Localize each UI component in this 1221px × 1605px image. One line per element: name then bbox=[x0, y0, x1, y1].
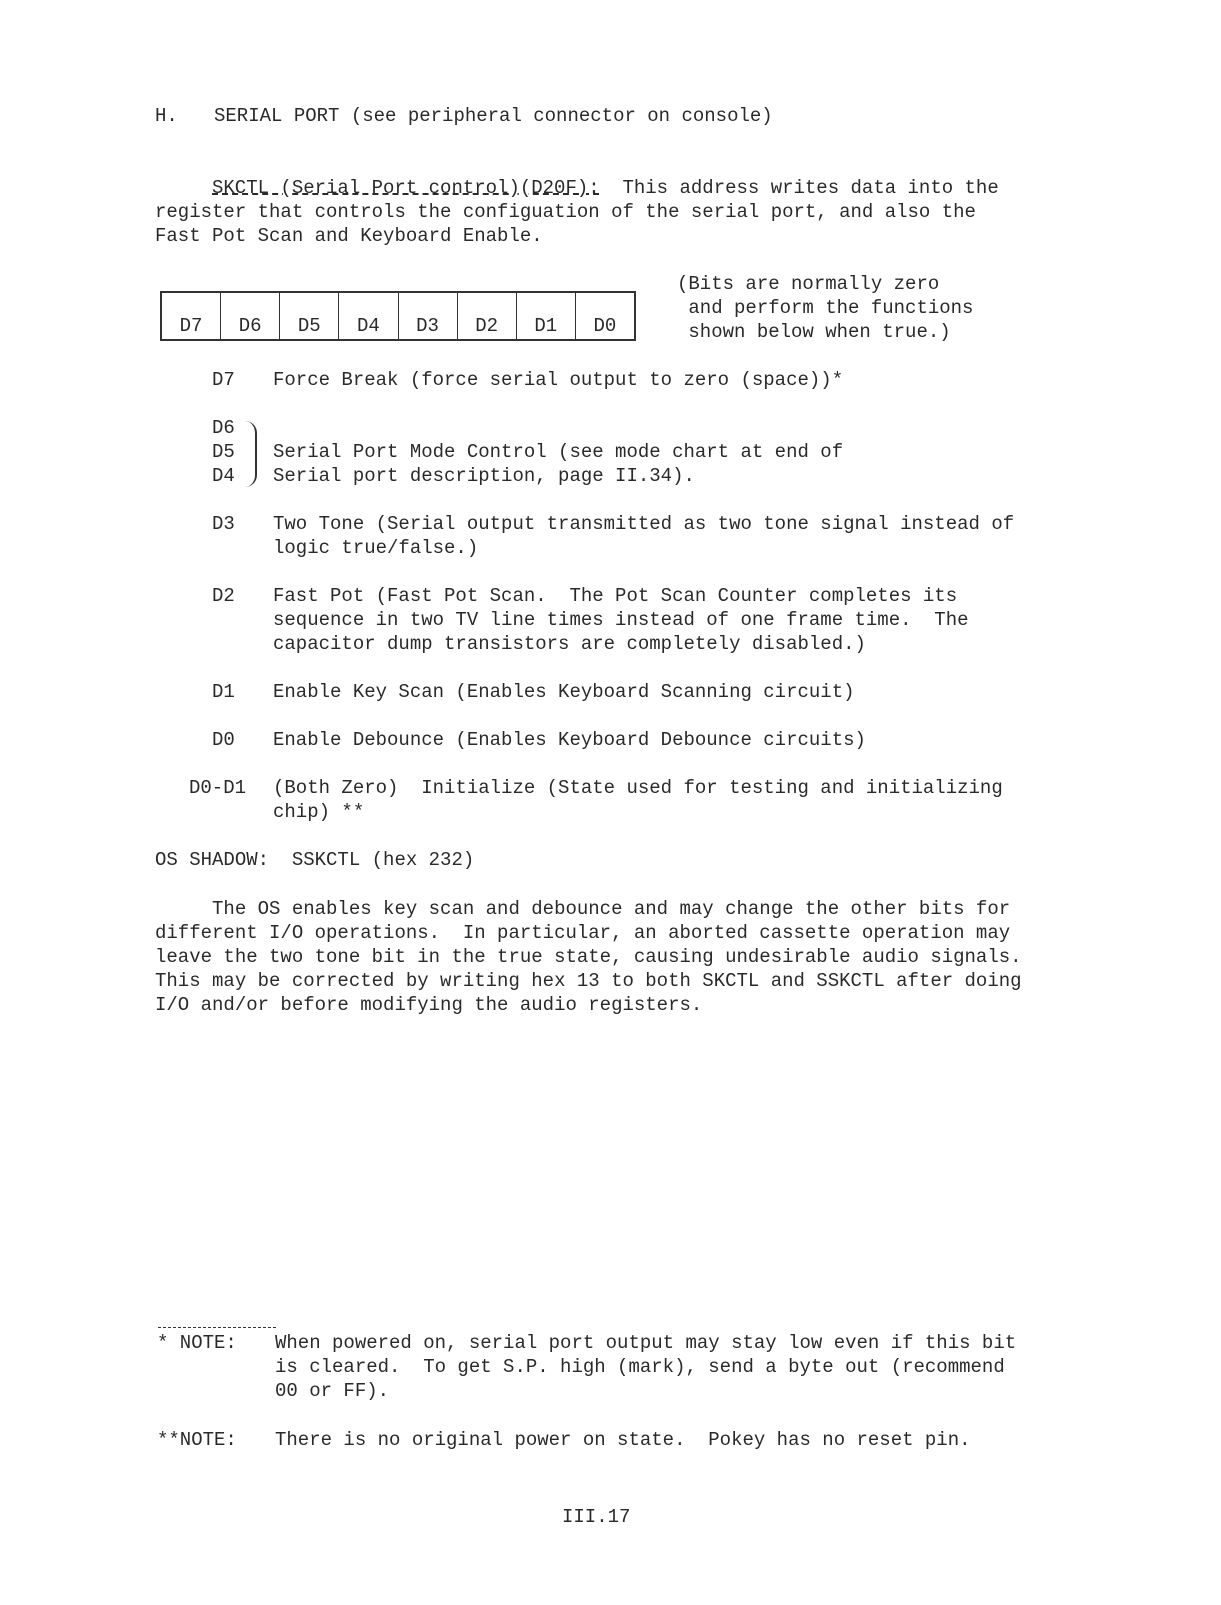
bit-cell: D7 bbox=[162, 293, 220, 339]
register-note: (Bits are normally zero bbox=[677, 272, 939, 296]
intro-line-2: register that controls the configuation … bbox=[155, 200, 976, 224]
bit-cell: D0 bbox=[575, 293, 634, 339]
bit-label: D1 bbox=[212, 680, 235, 704]
bit-label: D3 bbox=[212, 512, 235, 536]
intro-text: This address writes data into the bbox=[600, 177, 999, 199]
bit-desc: logic true/false.) bbox=[273, 536, 478, 560]
paragraph-line: different I/O operations. In particular,… bbox=[155, 921, 1010, 945]
bit-desc: Enable Debounce (Enables Keyboard Deboun… bbox=[273, 728, 866, 752]
bit-label: D6 bbox=[212, 416, 235, 440]
bit-desc: Enable Key Scan (Enables Keyboard Scanni… bbox=[273, 680, 855, 704]
bit-desc: Force Break (force serial output to zero… bbox=[273, 368, 843, 392]
bit-cell: D3 bbox=[398, 293, 457, 339]
paragraph-line: I/O and/or before modifying the audio re… bbox=[155, 993, 702, 1017]
register-diagram: D7 D6 D5 D4 D3 D2 D1 D0 bbox=[160, 291, 636, 341]
bit-cell: D1 bbox=[516, 293, 575, 339]
footnote-label: **NOTE: bbox=[157, 1428, 237, 1452]
section-label: H. bbox=[155, 104, 178, 128]
bit-desc: sequence in two TV line times instead of… bbox=[273, 608, 969, 632]
register-note: shown below when true.) bbox=[677, 320, 951, 344]
paragraph-line: This may be corrected by writing hex 13 … bbox=[155, 969, 1022, 993]
page-number: III.17 bbox=[562, 1505, 630, 1529]
bit-cell: D5 bbox=[279, 293, 338, 339]
bit-desc: Serial Port Mode Control (see mode chart… bbox=[273, 440, 843, 464]
bit-label: D0 bbox=[212, 728, 235, 752]
intro-line-1: SKCTL (Serial Port control)(D20F): This … bbox=[212, 176, 999, 200]
register-name: SKCTL (Serial Port control)(D20F): bbox=[212, 177, 600, 199]
brace-icon bbox=[245, 421, 257, 487]
bit-desc: chip) ** bbox=[273, 800, 364, 824]
footnote-text: is cleared. To get S.P. high (mark), sen… bbox=[275, 1355, 1005, 1379]
bit-desc: Fast Pot (Fast Pot Scan. The Pot Scan Co… bbox=[273, 584, 957, 608]
footnote-label: * NOTE: bbox=[157, 1331, 237, 1355]
paragraph-line: The OS enables key scan and debounce and… bbox=[155, 897, 1010, 921]
bit-cell: D4 bbox=[338, 293, 397, 339]
bit-label: D0-D1 bbox=[189, 776, 246, 800]
bit-label: D7 bbox=[212, 368, 235, 392]
footnote-text: There is no original power on state. Pok… bbox=[275, 1428, 971, 1452]
bit-label: D2 bbox=[212, 584, 235, 608]
footnote-text: 00 or FF). bbox=[275, 1379, 389, 1403]
bit-label: D5 bbox=[212, 440, 235, 464]
bit-desc: Two Tone (Serial output transmitted as t… bbox=[273, 512, 1014, 536]
bit-desc: capacitor dump transistors are completel… bbox=[273, 632, 866, 656]
footnote-divider bbox=[158, 1327, 276, 1328]
bit-cell: D2 bbox=[457, 293, 516, 339]
section-title: SERIAL PORT (see peripheral connector on… bbox=[214, 104, 773, 128]
intro-line-3: Fast Pot Scan and Keyboard Enable. bbox=[155, 224, 543, 248]
bit-desc: Serial port description, page II.34). bbox=[273, 464, 695, 488]
register-note: and perform the functions bbox=[677, 296, 973, 320]
paragraph-line: leave the two tone bit in the true state… bbox=[155, 945, 1022, 969]
footnote-text: When powered on, serial port output may … bbox=[275, 1331, 1016, 1355]
bit-desc: (Both Zero) Initialize (State used for t… bbox=[273, 776, 1003, 800]
bit-label: D4 bbox=[212, 464, 235, 488]
os-shadow: OS SHADOW: SSKCTL (hex 232) bbox=[155, 848, 474, 872]
bit-cell: D6 bbox=[220, 293, 279, 339]
